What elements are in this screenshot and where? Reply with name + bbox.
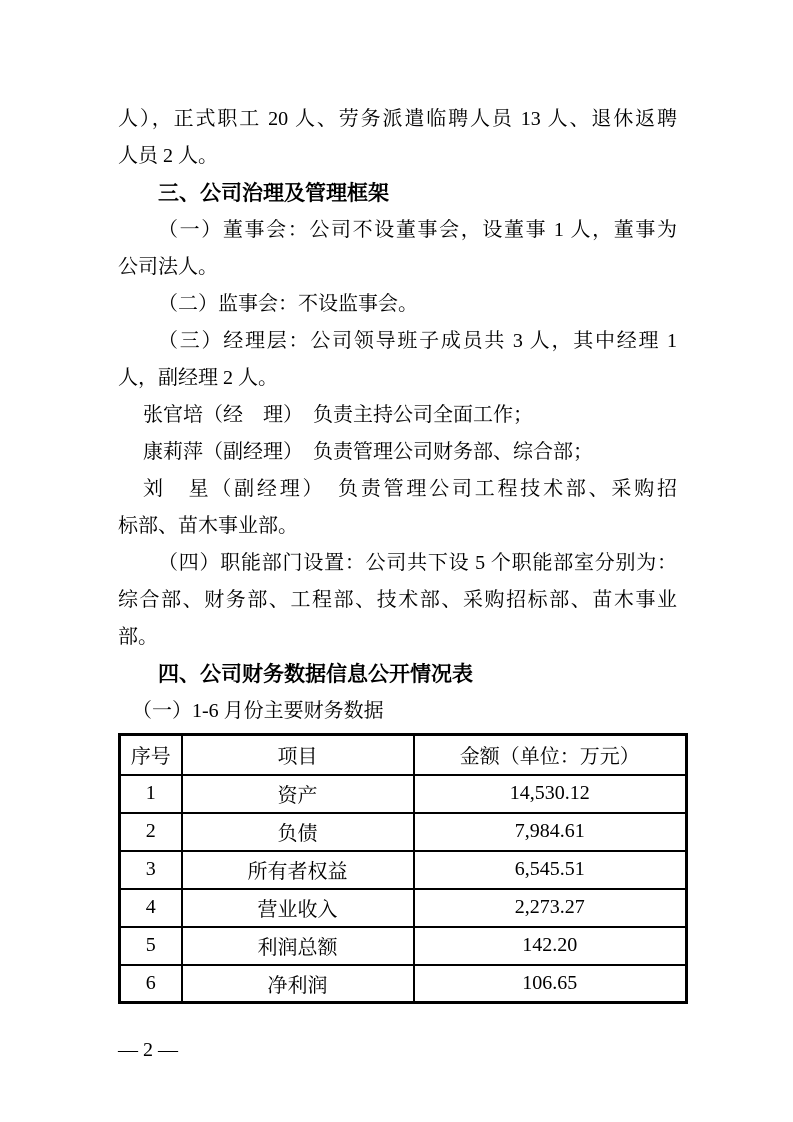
financial-data-table: 序号 项目 金额（单位：万元） 1 资产 14,530.12 2 负债 7,98… — [118, 733, 688, 1004]
header-cell-item: 项目 — [182, 735, 414, 775]
table-row: 6 净利润 106.65 — [120, 965, 687, 1003]
body-line: 部。 — [118, 619, 677, 656]
body-line: 标部、苗木事业部。 — [118, 508, 677, 545]
body-line: 公司法人。 — [118, 249, 677, 286]
header-cell-index: 序号 — [120, 735, 182, 775]
section-heading-3: 三、公司治理及管理框架 — [118, 175, 677, 212]
cell-item: 负债 — [182, 813, 414, 851]
cell-amount: 2,273.27 — [414, 889, 687, 927]
cell-item: 资产 — [182, 775, 414, 813]
body-line: （三）经理层：公司领导班子成员共 3 人，其中经理 1 — [118, 323, 677, 360]
cell-amount: 6,545.51 — [414, 851, 687, 889]
cell-index: 1 — [120, 775, 182, 813]
table-header-row: 序号 项目 金额（单位：万元） — [120, 735, 687, 775]
section-heading-4: 四、公司财务数据信息公开情况表 — [118, 656, 677, 693]
body-line: （四）职能部门设置：公司共下设 5 个职能部室分别为： — [118, 545, 677, 582]
body-line: 康莉萍（副经理） 负责管理公司财务部、综合部； — [118, 434, 677, 471]
cell-index: 4 — [120, 889, 182, 927]
subsection-title: （一）1-6 月份主要财务数据 — [118, 693, 677, 730]
body-line: 人员 2 人。 — [118, 138, 677, 175]
table-row: 2 负债 7,984.61 — [120, 813, 687, 851]
body-line: 刘 星（副经理） 负责管理公司工程技术部、采购招 — [118, 471, 677, 508]
cell-item: 所有者权益 — [182, 851, 414, 889]
cell-item: 净利润 — [182, 965, 414, 1003]
document-page: 人），正式职工 20 人、劳务派遣临聘人员 13 人、退休返聘 人员 2 人。 … — [0, 0, 793, 1122]
page-number: — 2 — — [118, 1038, 178, 1062]
cell-amount: 14,530.12 — [414, 775, 687, 813]
cell-index: 6 — [120, 965, 182, 1003]
cell-item: 利润总额 — [182, 927, 414, 965]
cell-index: 5 — [120, 927, 182, 965]
document-body: 人），正式职工 20 人、劳务派遣临聘人员 13 人、退休返聘 人员 2 人。 … — [118, 101, 677, 730]
cell-index: 2 — [120, 813, 182, 851]
body-line: （一）董事会：公司不设董事会，设董事 1 人，董事为 — [118, 212, 677, 249]
body-line: 张官培（经 理） 负责主持公司全面工作； — [118, 397, 677, 434]
table-row: 4 营业收入 2,273.27 — [120, 889, 687, 927]
body-line: 综合部、财务部、工程部、技术部、采购招标部、苗木事业 — [118, 582, 677, 619]
table-row: 5 利润总额 142.20 — [120, 927, 687, 965]
header-cell-amount: 金额（单位：万元） — [414, 735, 687, 775]
table-row: 3 所有者权益 6,545.51 — [120, 851, 687, 889]
cell-amount: 142.20 — [414, 927, 687, 965]
cell-index: 3 — [120, 851, 182, 889]
cell-item: 营业收入 — [182, 889, 414, 927]
body-line: 人），正式职工 20 人、劳务派遣临聘人员 13 人、退休返聘 — [118, 101, 677, 138]
cell-amount: 106.65 — [414, 965, 687, 1003]
cell-amount: 7,984.61 — [414, 813, 687, 851]
body-line: （二）监事会：不设监事会。 — [118, 286, 677, 323]
table-row: 1 资产 14,530.12 — [120, 775, 687, 813]
body-line: 人，副经理 2 人。 — [118, 360, 677, 397]
